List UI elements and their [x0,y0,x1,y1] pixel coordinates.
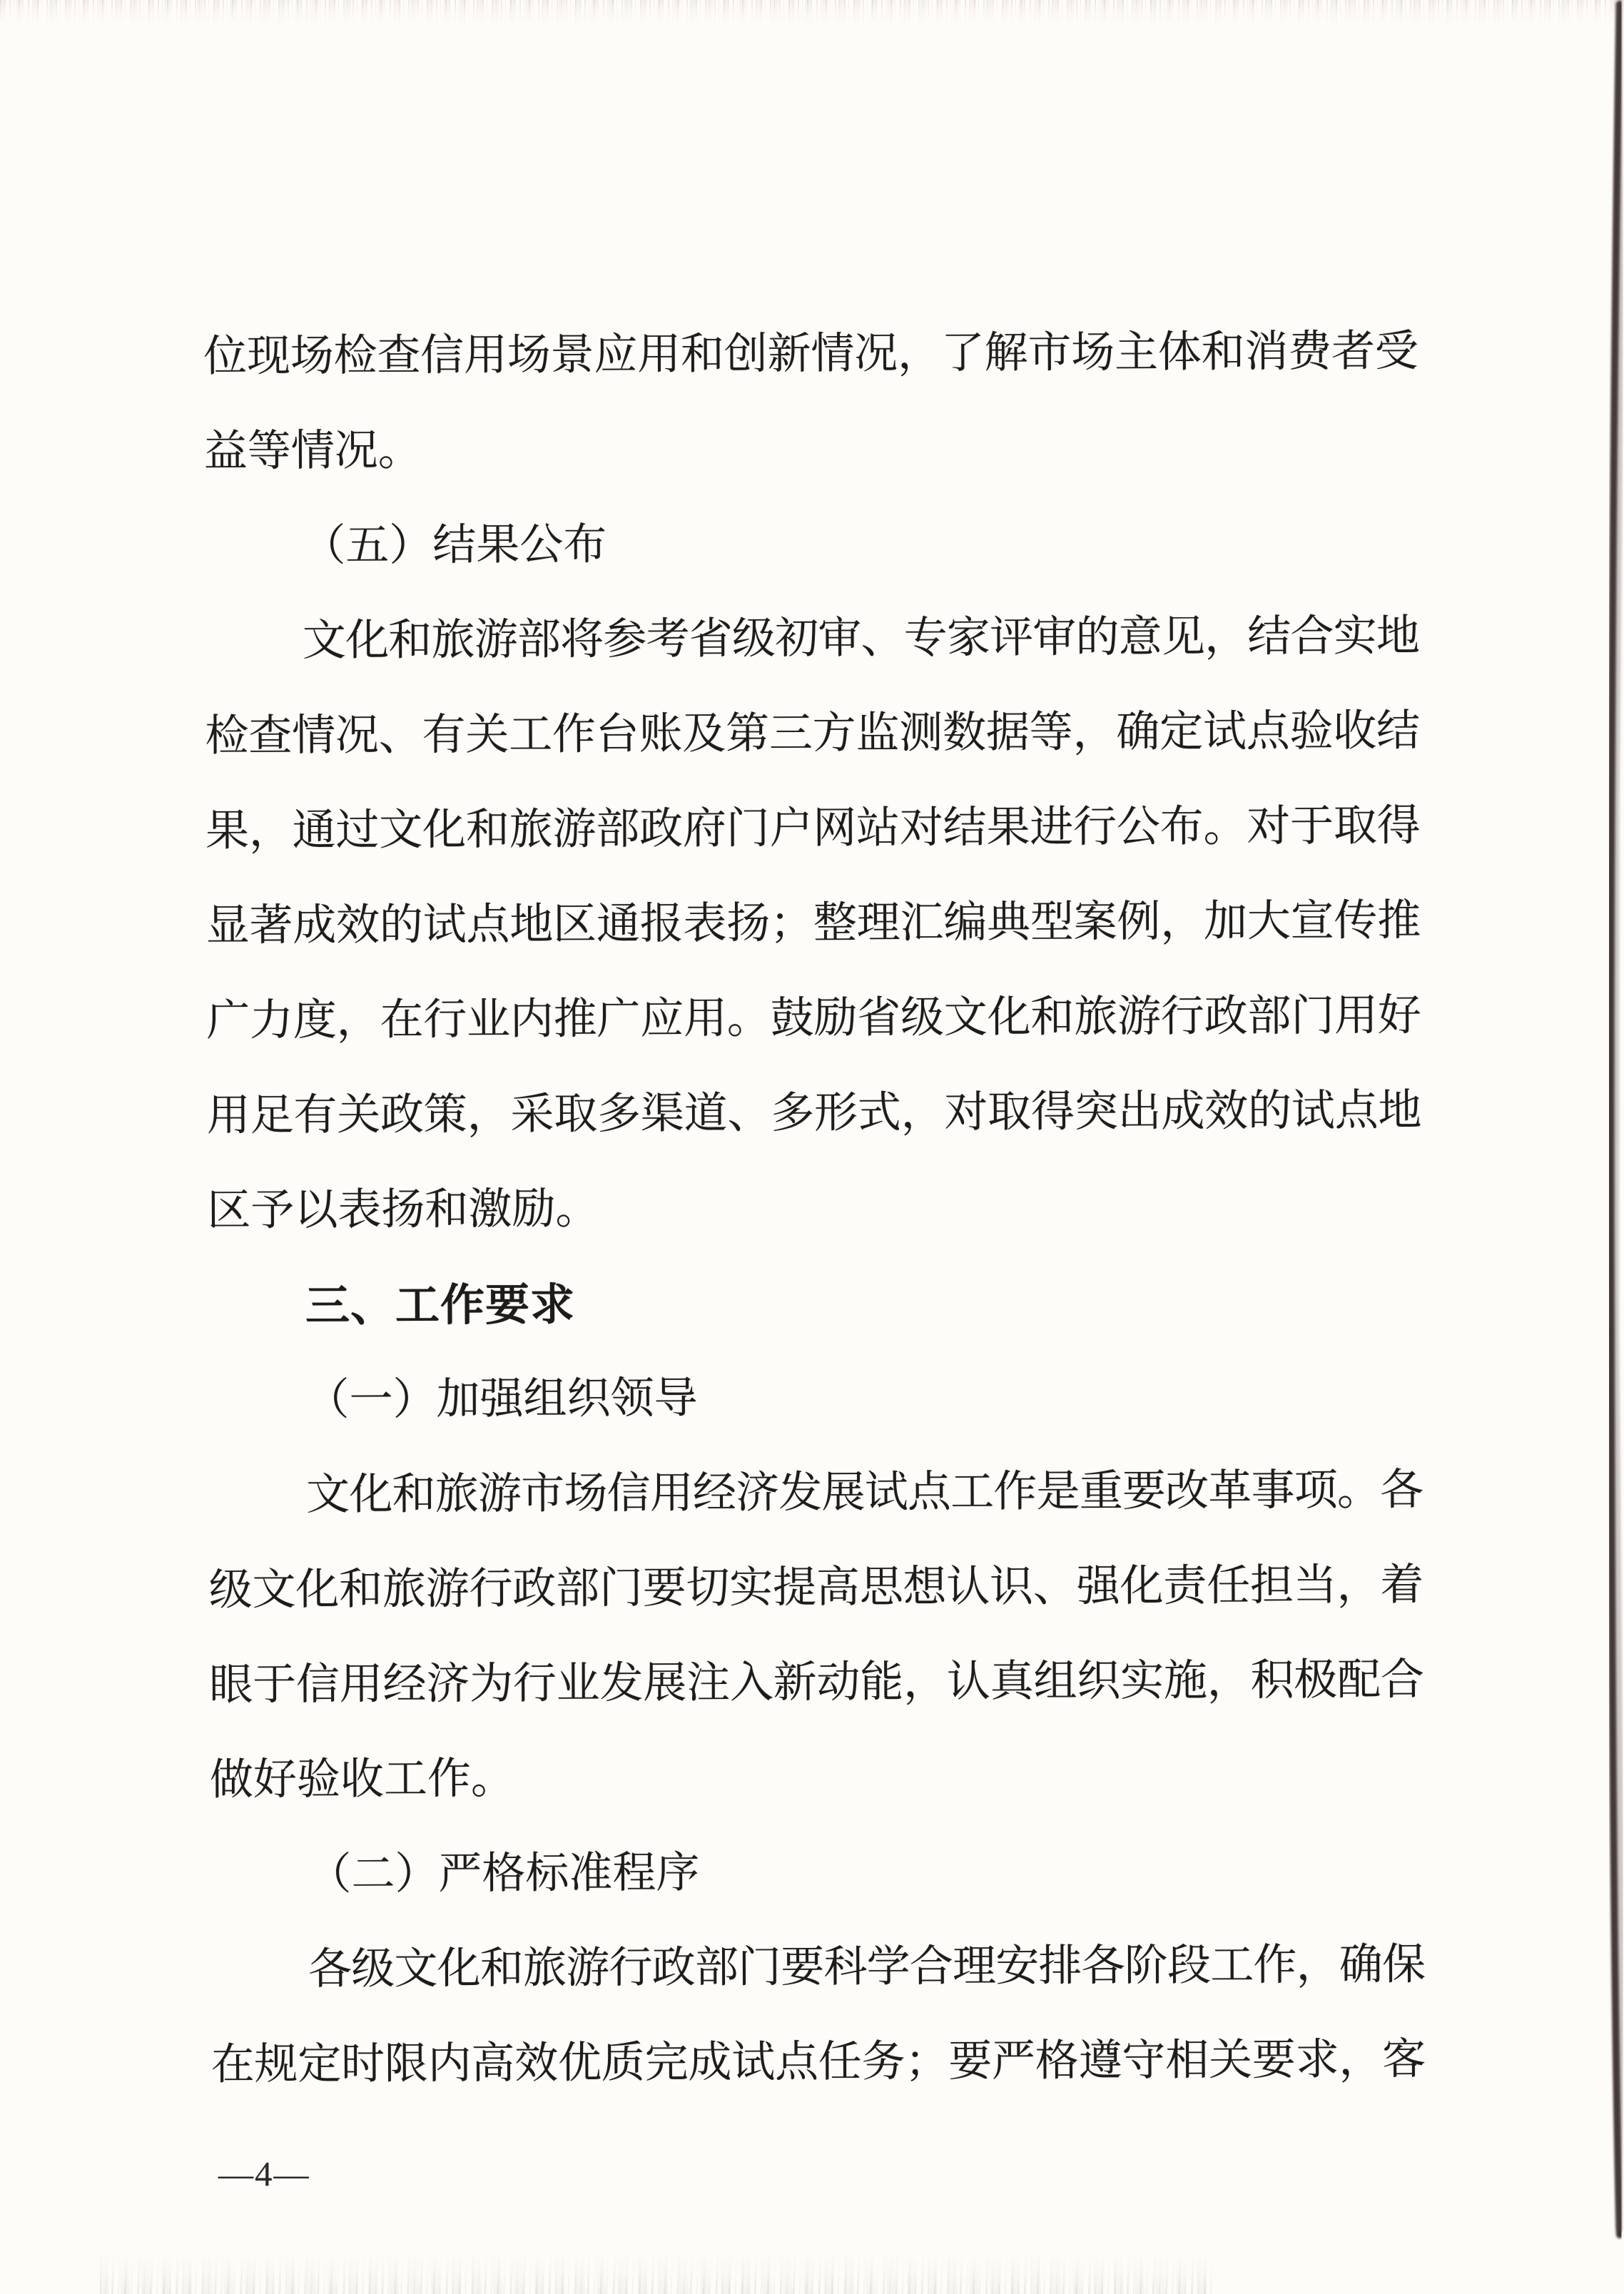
scanned-document-page: 位现场检查信用场景应用和创新情况，了解市场主体和消费者受 益等情况。 （五）结果… [0,0,1624,2294]
body-line: 区予以表扬和激励。 [207,1182,1420,1236]
subsection-heading: （二）严格标准程序 [210,1846,1423,1900]
body-line: 位现场检查信用场景应用和创新情况，了解市场主体和消费者受 [203,328,1416,382]
body-line: 级文化和旅游行政部门要切实提高思想认识、强化责任担当，着 [209,1561,1422,1615]
body-line: 检查情况、有关工作台账及第三方监测数据等，确定试点验收结 [205,707,1418,761]
body-line: 文化和旅游部将参考省级初审、专家评审的意见，结合实地 [205,612,1418,666]
body-line: 眼于信用经济为行业发展注入新动能，认真组织实施，积极配合 [209,1656,1422,1710]
body-line: 文化和旅游市场信用经济发展试点工作是重要改革事项。各 [208,1466,1421,1521]
body-line: 显著成效的试点地区通报表扬；整理汇编典型案例，加大宣传推 [206,897,1419,951]
body-line: 在规定时限内高效优质完成试点任务；要严格遵守相关要求，客 [210,2036,1423,2090]
page-number: —4— [218,2156,310,2191]
body-line: 各级文化和旅游行政部门要科学合理安排各阶段工作，确保 [210,1941,1423,1995]
section-heading: 三、工作要求 [208,1277,1421,1331]
subsection-heading: （一）加强组织领导 [208,1371,1421,1426]
body-line: 果，通过文化和旅游部政府门户网站对结果进行公布。对于取得 [205,802,1419,856]
subsection-heading: （五）结果公布 [204,517,1417,572]
document-body: 位现场检查信用场景应用和创新情况，了解市场主体和消费者受 益等情况。 （五）结果… [0,0,1624,2294]
body-line: 益等情况。 [204,422,1417,477]
body-line: 用足有关政策，采取多渠道、多形式，对取得突出成效的试点地 [207,1087,1420,1141]
body-line: 做好验收工作。 [210,1751,1423,1805]
body-line: 广力度，在行业内推广应用。鼓励省级文化和旅游行政部门用好 [206,992,1419,1046]
